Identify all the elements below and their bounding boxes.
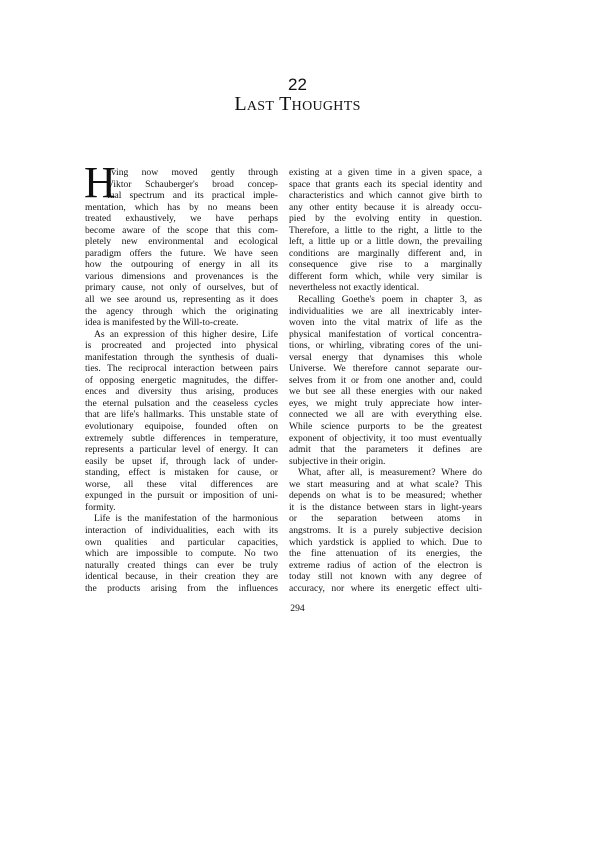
text-line: connected we all are with everything els… xyxy=(289,409,482,421)
text-line: tual spectrum and its practical imple- xyxy=(85,190,278,202)
text-line: eyes, we might truly appreciate how inte… xyxy=(289,398,482,410)
text-line: extreme radius of action of the electron… xyxy=(289,560,482,572)
text-line: represents a particular level of energy.… xyxy=(85,444,278,456)
page-number: 294 xyxy=(0,603,595,614)
text-line: expunged in the pursuit or imposition of… xyxy=(85,490,278,502)
text-line: identical because, in their creation the… xyxy=(85,571,278,583)
text-line: conditions are marginally different and,… xyxy=(289,248,482,260)
text-line: physical manifestation of vortical conce… xyxy=(289,329,482,341)
text-line: or the separation between atoms in xyxy=(289,513,482,525)
text-line: While science purports to be the greates… xyxy=(289,421,482,433)
text-line: become aware of the scope that this com- xyxy=(85,225,278,237)
text-line: Life is the manifestation of the harmoni… xyxy=(85,513,278,525)
text-line: various dimensions and provenances is th… xyxy=(85,271,278,283)
left-column: aving now moved gently through Viktor Sc… xyxy=(85,167,278,594)
text-line: how the outpouring of energy in all its xyxy=(85,259,278,271)
text-line: aving now moved gently through xyxy=(85,167,278,179)
text-line: admit that the parameters it defines are xyxy=(289,444,482,456)
text-line: mentation, which has by no means been xyxy=(85,202,278,214)
text-line: left, a little up or a little down, the … xyxy=(289,236,482,248)
text-line: that are life's hallmarks. This unstable… xyxy=(85,409,278,421)
text-line: it is the distance between stars in ligh… xyxy=(289,502,482,514)
text-line: pied by the evolving entity in question. xyxy=(289,213,482,225)
text-line: As an expression of this higher desire, … xyxy=(85,329,278,341)
text-line: the eternal pulsation and the ceaseless … xyxy=(85,398,278,410)
text-line: space that grants each its special ident… xyxy=(289,179,482,191)
text-line: different form which, while very similar… xyxy=(289,271,482,283)
text-line: selves from it or from one another and, … xyxy=(289,375,482,387)
text-line: manifestation through the synthesis of d… xyxy=(85,352,278,364)
text-line: primary cause, not only of ourselves, bu… xyxy=(85,282,278,294)
text-line: any other entity because it is already o… xyxy=(289,202,482,214)
text-line: the agency through which the originating xyxy=(85,306,278,318)
text-line: we start measuring and at what scale? Th… xyxy=(289,479,482,491)
text-line: paradigm offers the future. We have seen xyxy=(85,248,278,260)
text-line: subjective in their origin. xyxy=(289,456,482,468)
text-line: easily be upset if, through lack of unde… xyxy=(85,456,278,468)
text-line: extremely subtle differences in temperat… xyxy=(85,433,278,445)
text-line: depends on what is to be measured; wheth… xyxy=(289,490,482,502)
text-line: pletely new environmental and ecological xyxy=(85,236,278,248)
text-line: which yardstick is applied to which. Due… xyxy=(289,537,482,549)
text-line: today still not known with any degree of xyxy=(289,571,482,583)
text-line: which are impossible to compute. No two xyxy=(85,548,278,560)
text-line: characteristics and which cannot give bi… xyxy=(289,190,482,202)
text-line: worse, all these vital differences are xyxy=(85,479,278,491)
text-line: versal energy that dynamises this whole xyxy=(289,352,482,364)
text-line: is procreated and projected into physica… xyxy=(85,340,278,352)
text-line: Therefore, a little to the right, a litt… xyxy=(289,225,482,237)
text-line: ties. The reciprocal interaction between… xyxy=(85,363,278,375)
text-line: all we see around us, representing as it… xyxy=(85,294,278,306)
book-page: 22 Last Thoughts H aving now moved gentl… xyxy=(0,0,595,842)
text-line: consequence give rise to a marginally xyxy=(289,259,482,271)
text-line: the products arising from the influences xyxy=(85,583,278,595)
text-line: interaction of individualities, each wit… xyxy=(85,525,278,537)
text-line: existing at a given time in a given spac… xyxy=(289,167,482,179)
text-line: tions, or whirling, vibrating cores of t… xyxy=(289,340,482,352)
right-column: existing at a given time in a given spac… xyxy=(289,167,482,594)
text-line: accuracy, nor where its energetic effect… xyxy=(289,583,482,595)
text-line: standing, effect is mistaken for cause, … xyxy=(85,467,278,479)
text-line: Universe. We therefore cannot separate o… xyxy=(289,363,482,375)
text-line: evolutionary equipoise, founded often on xyxy=(85,421,278,433)
text-line: Recalling Goethe's poem in chapter 3, as xyxy=(289,294,482,306)
text-line: we but see all these energies with our n… xyxy=(289,386,482,398)
chapter-title: Last Thoughts xyxy=(0,93,595,116)
text-line: angstroms. It is a purely subjective dec… xyxy=(289,525,482,537)
text-line: woven into the vital matrix of life as t… xyxy=(289,317,482,329)
text-line: exponent of objectivity, it too must eve… xyxy=(289,433,482,445)
text-line: own qualities and particular capacities, xyxy=(85,537,278,549)
text-line: ences and diversity thus arising, produc… xyxy=(85,386,278,398)
text-line: idea is manifested by the Will-to-create… xyxy=(85,317,278,329)
text-line: treated exhaustively, we have perhaps xyxy=(85,213,278,225)
text-line: of opposing energetic magnitudes, the di… xyxy=(85,375,278,387)
text-line: naturally created things can ever be tru… xyxy=(85,560,278,572)
text-line: the fine attenuation of its energies, th… xyxy=(289,548,482,560)
text-line: individualities we are all inextricably … xyxy=(289,306,482,318)
chapter-number: 22 xyxy=(0,75,595,95)
text-line: What, after all, is measurement? Where d… xyxy=(289,467,482,479)
text-line: Viktor Schauberger's broad concep- xyxy=(85,179,278,191)
text-line: nevertheless not exactly identical. xyxy=(289,282,482,294)
text-line: formity. xyxy=(85,502,278,514)
